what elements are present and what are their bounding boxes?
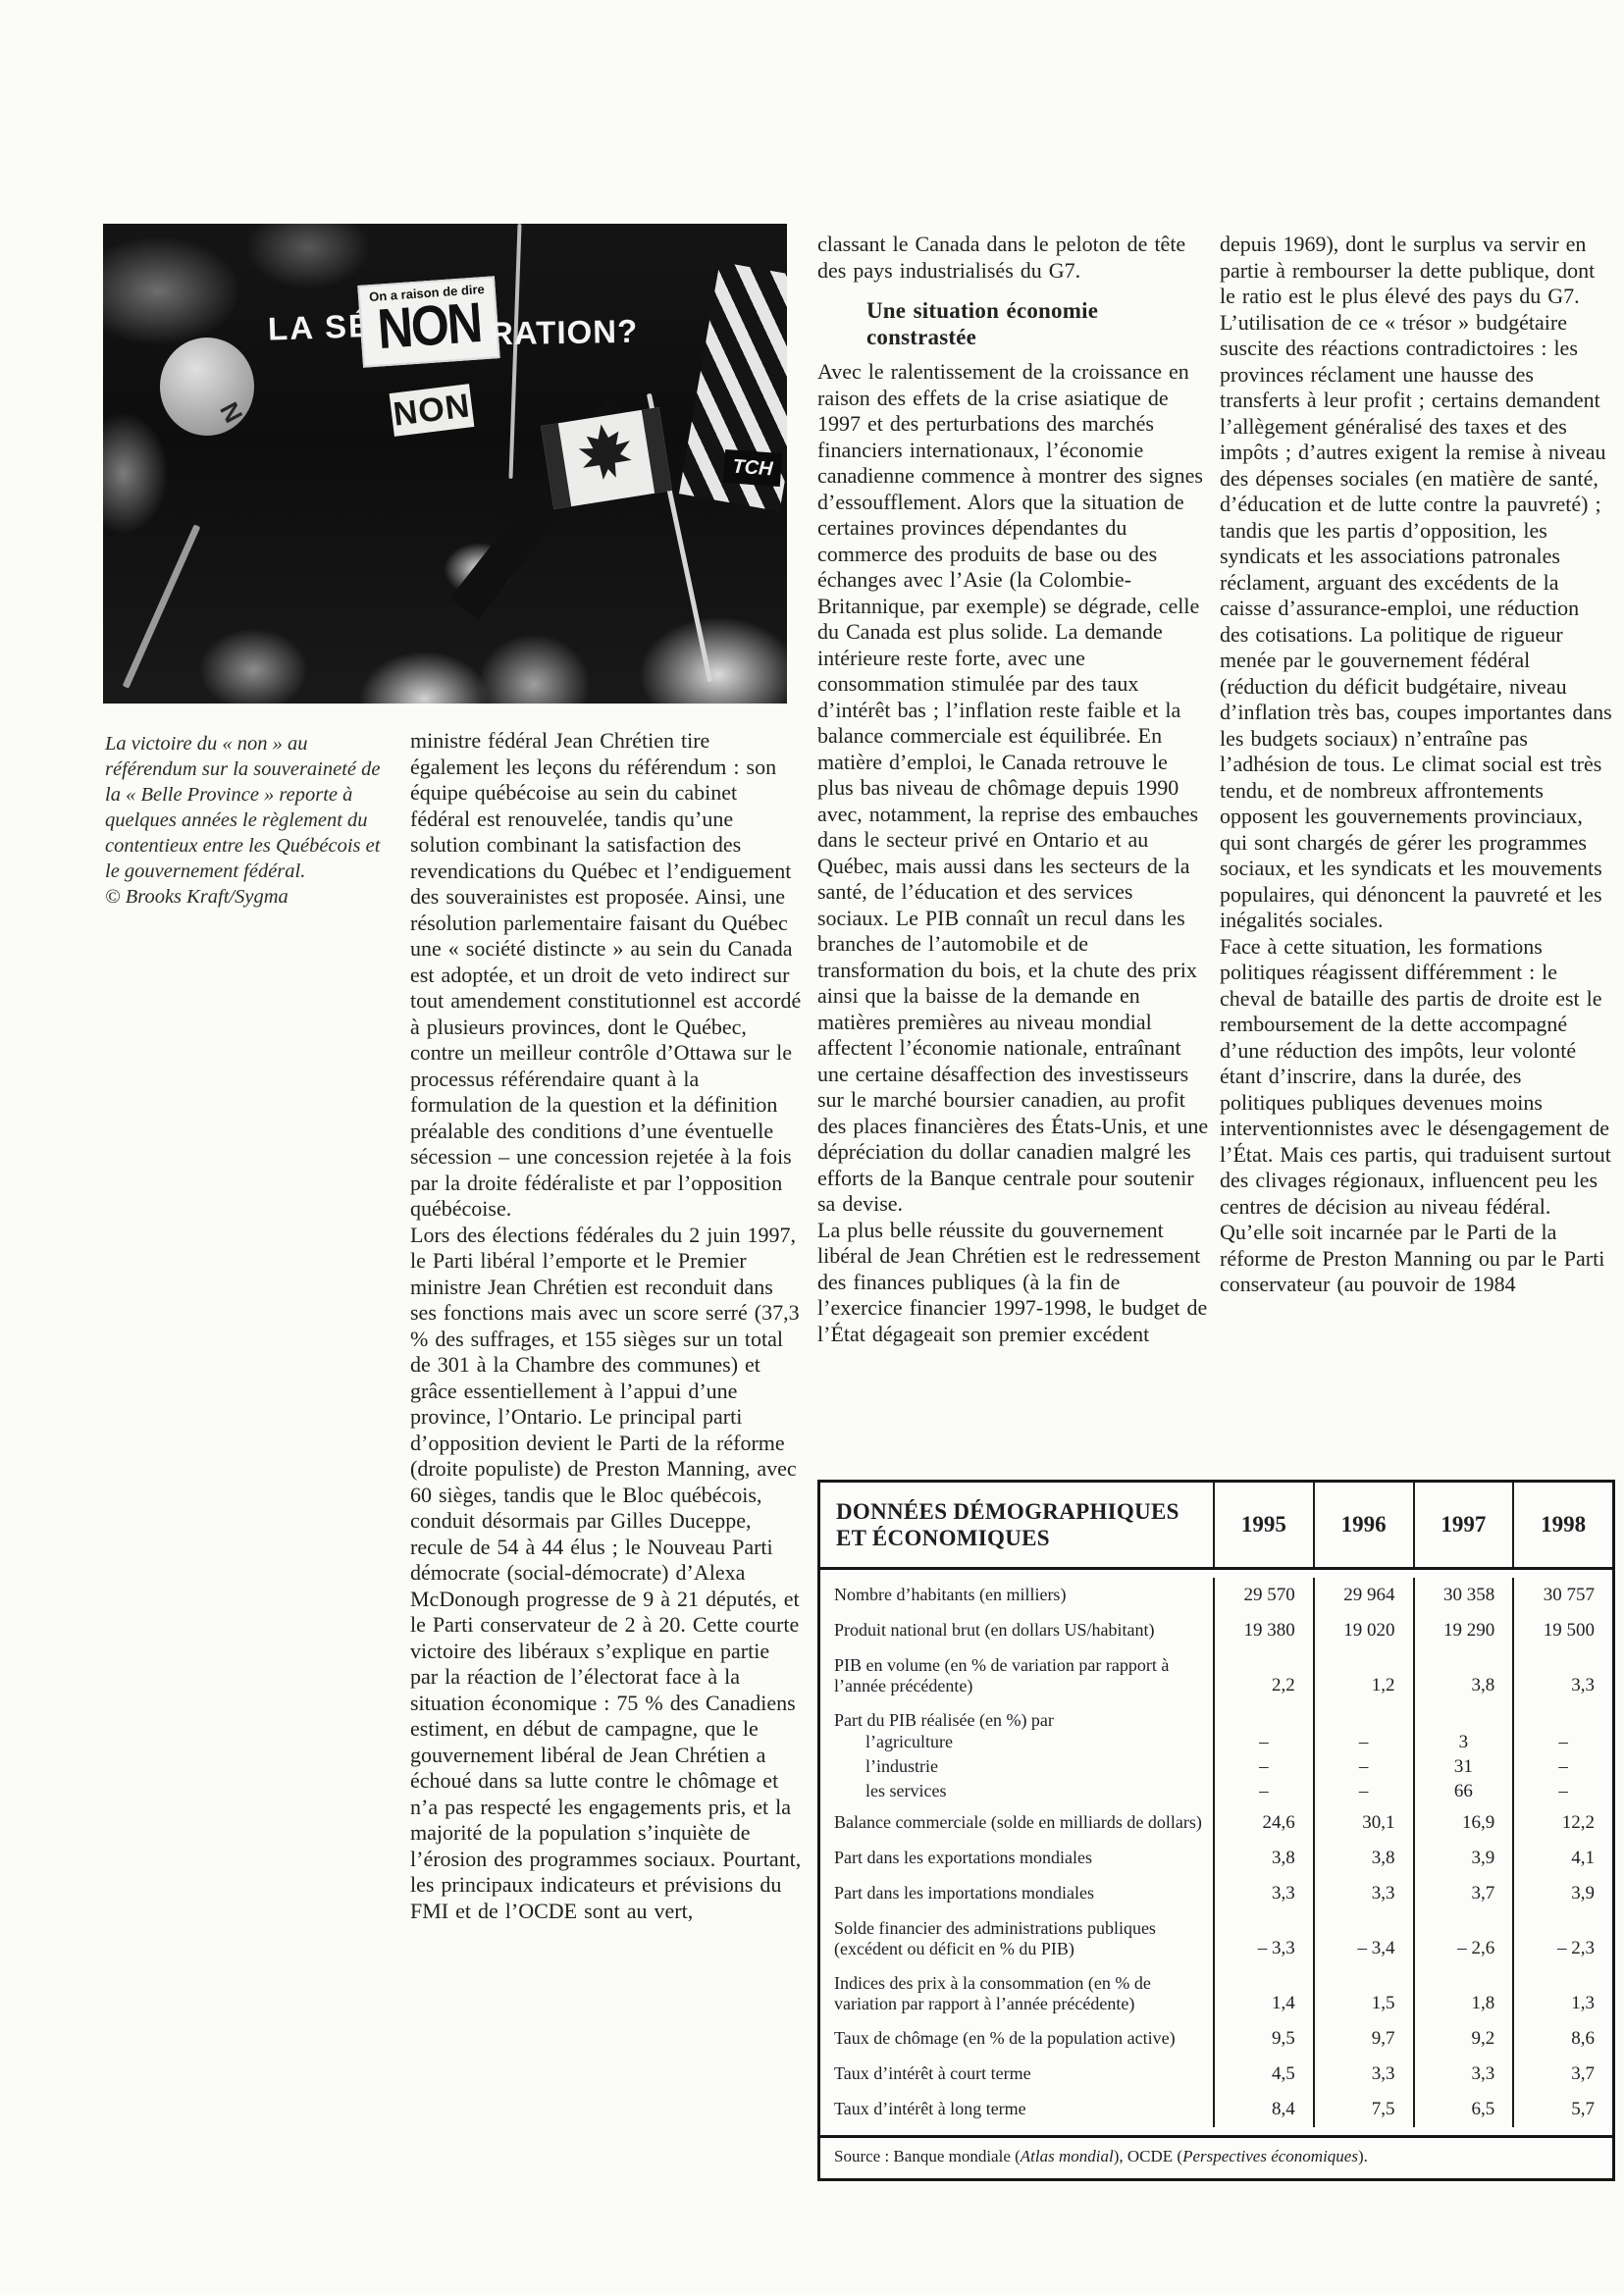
cell-value: – 2,6 bbox=[1413, 1911, 1513, 1966]
row-label: Part dans les importations mondiales bbox=[820, 1876, 1213, 1911]
paragraph: Lors des élections fédérales du 2 juin 1… bbox=[410, 1223, 803, 1925]
cell-value: 3,8 bbox=[1413, 1648, 1513, 1703]
banner-text-right: RATION? bbox=[490, 313, 639, 353]
cell-value: 3,3 bbox=[1313, 1876, 1413, 1911]
year-header: 1997 bbox=[1413, 1483, 1513, 1567]
maple-leaf bbox=[569, 419, 644, 494]
cell-value: 2,2 bbox=[1213, 1648, 1313, 1703]
cell-value: – 2,3 bbox=[1512, 1911, 1612, 1966]
cell-value: – 3,4 bbox=[1313, 1911, 1413, 1966]
cell-value: 66 bbox=[1413, 1781, 1513, 1805]
cell-value: 9,2 bbox=[1413, 2021, 1513, 2057]
cell-value: – bbox=[1512, 1756, 1612, 1781]
cell-value: 1,3 bbox=[1512, 1966, 1612, 2021]
paragraph: depuis 1969), dont le surplus va servir … bbox=[1220, 232, 1612, 934]
paragraph: Face à cette situation, les formations p… bbox=[1220, 934, 1612, 1298]
cell-value: 16,9 bbox=[1413, 1805, 1513, 1841]
table-subrow: l’agriculture – – 3 – bbox=[820, 1732, 1612, 1756]
balloon-letter: N bbox=[214, 397, 249, 428]
row-label: Solde financier des administrations publ… bbox=[820, 1911, 1213, 1966]
column-1: ministre fédéral Jean Chrétien tire égal… bbox=[410, 728, 803, 1924]
row-label: Part du PIB réalisée (en %) par bbox=[820, 1703, 1213, 1732]
table-row: Taux d’intérêt à long terme 8,4 7,5 6,5 … bbox=[820, 2092, 1612, 2135]
cell-value: 1,5 bbox=[1313, 1966, 1413, 2021]
cell-value: 30 358 bbox=[1413, 1578, 1513, 1613]
caption-credit: © Brooks Kraft/Sygma bbox=[105, 884, 395, 910]
cell-value: 8,6 bbox=[1512, 2021, 1612, 2057]
table-row: PIB en volume (en % de variation par rap… bbox=[820, 1648, 1612, 1703]
cell-value: – bbox=[1512, 1781, 1612, 1805]
cell-value: 30 757 bbox=[1512, 1578, 1612, 1613]
cell-value: 19 290 bbox=[1413, 1613, 1513, 1648]
cell-value: 3,9 bbox=[1512, 1876, 1612, 1911]
row-label: Balance commerciale (solde en milliards … bbox=[820, 1805, 1213, 1841]
cell-value: 19 500 bbox=[1512, 1613, 1612, 1648]
cell-value: – bbox=[1213, 1732, 1313, 1756]
row-label: PIB en volume (en % de variation par rap… bbox=[820, 1648, 1213, 1703]
table-subrow: l’industrie – – 31 – bbox=[820, 1756, 1612, 1781]
cell-value: 9,7 bbox=[1313, 2021, 1413, 2057]
cell-value: 9,5 bbox=[1213, 2021, 1313, 2057]
paragraph: Avec le ralentissement de la croissance … bbox=[817, 359, 1210, 1218]
balloon: N bbox=[160, 338, 254, 436]
cell-value: 3,7 bbox=[1413, 1876, 1513, 1911]
row-label: l’industrie bbox=[820, 1756, 1213, 1781]
non-sign: On a raison de dire NON bbox=[357, 276, 500, 368]
cell-value: – bbox=[1213, 1781, 1313, 1805]
cell-value: – bbox=[1313, 1756, 1413, 1781]
cell-value: 3,7 bbox=[1512, 2057, 1612, 2092]
row-label: Taux d’intérêt à long terme bbox=[820, 2092, 1213, 2127]
non-sign-word: NON bbox=[358, 291, 499, 359]
non-sign-small: NON bbox=[390, 384, 475, 437]
cell-value: – 3,3 bbox=[1213, 1911, 1313, 1966]
cell-value: 1,8 bbox=[1413, 1966, 1513, 2021]
cell-value: 3,3 bbox=[1213, 1876, 1313, 1911]
cell-value: 31 bbox=[1413, 1756, 1513, 1781]
cell-value: 6,5 bbox=[1413, 2092, 1513, 2127]
cell-value: 3,8 bbox=[1313, 1841, 1413, 1876]
paragraph: ministre fédéral Jean Chrétien tire égal… bbox=[410, 728, 803, 1223]
referendum-photo: N LA SÉPA On a raison de dire NON RATION… bbox=[103, 224, 787, 704]
cell-value: 30,1 bbox=[1313, 1805, 1413, 1841]
section-heading: Une situation économie constrastée bbox=[866, 298, 1210, 350]
table-subrow: les services – – 66 – bbox=[820, 1781, 1612, 1805]
cell-value: 1,2 bbox=[1313, 1648, 1413, 1703]
year-header: 1995 bbox=[1213, 1483, 1313, 1567]
cell-value: 3,3 bbox=[1313, 2057, 1413, 2092]
cell-value: 5,7 bbox=[1512, 2092, 1612, 2127]
cell-value: 4,5 bbox=[1213, 2057, 1313, 2092]
cell-value: 24,6 bbox=[1213, 1805, 1313, 1841]
photo-caption: La victoire du « non » au référendum sur… bbox=[105, 731, 395, 910]
row-label: Part dans les exportations mondiales bbox=[820, 1841, 1213, 1876]
cell-value: 3,3 bbox=[1413, 2057, 1513, 2092]
cell-value: – bbox=[1313, 1781, 1413, 1805]
column-2: classant le Canada dans le peloton de tê… bbox=[817, 232, 1210, 1347]
data-table: DONNÉES DÉMOGRAPHIQUES ET ÉCONOMIQUES 19… bbox=[817, 1480, 1615, 2181]
caption-text: La victoire du « non » au référendum sur… bbox=[105, 731, 395, 884]
tch-sign: TCH bbox=[723, 449, 782, 487]
table-source: Source : Banque mondiale (Atlas mondial)… bbox=[820, 2135, 1612, 2178]
cell-value: 3,3 bbox=[1512, 1648, 1612, 1703]
row-label: Taux d’intérêt à court terme bbox=[820, 2057, 1213, 2092]
cell-value: 4,1 bbox=[1512, 1841, 1612, 1876]
cell-value: – bbox=[1313, 1732, 1413, 1756]
cell-value: – bbox=[1512, 1732, 1612, 1756]
cell-value: 3,8 bbox=[1213, 1841, 1313, 1876]
canada-flag bbox=[541, 407, 672, 509]
row-label: Taux de chômage (en % de la population a… bbox=[820, 2021, 1213, 2057]
table-row: Produit national brut (en dollars US/hab… bbox=[820, 1613, 1612, 1648]
table-row: Nombre d’habitants (en milliers) 29 570 … bbox=[820, 1570, 1612, 1613]
paragraph: La plus belle réussite du gouvernement l… bbox=[817, 1218, 1210, 1348]
year-header: 1996 bbox=[1313, 1483, 1413, 1567]
cell-value: 19 020 bbox=[1313, 1613, 1413, 1648]
table-row: Taux d’intérêt à court terme 4,5 3,3 3,3… bbox=[820, 2057, 1612, 2092]
cell-value: 3,9 bbox=[1413, 1841, 1513, 1876]
row-label: Indices des prix à la consommation (en %… bbox=[820, 1966, 1213, 2021]
row-label: Produit national brut (en dollars US/hab… bbox=[820, 1613, 1213, 1648]
table-row: Solde financier des administrations publ… bbox=[820, 1911, 1612, 1966]
year-header: 1998 bbox=[1512, 1483, 1612, 1567]
row-label: les services bbox=[820, 1781, 1213, 1805]
table-row: Balance commerciale (solde en milliards … bbox=[820, 1805, 1612, 1841]
table-title: DONNÉES DÉMOGRAPHIQUES ET ÉCONOMIQUES bbox=[820, 1483, 1213, 1567]
table-row: Taux de chômage (en % de la population a… bbox=[820, 2021, 1612, 2057]
column-3: depuis 1969), dont le surplus va servir … bbox=[1220, 232, 1612, 1298]
cell-value: 8,4 bbox=[1213, 2092, 1313, 2127]
row-label: Nombre d’habitants (en milliers) bbox=[820, 1578, 1213, 1613]
table-header: DONNÉES DÉMOGRAPHIQUES ET ÉCONOMIQUES 19… bbox=[820, 1483, 1612, 1570]
scanned-page: N LA SÉPA On a raison de dire NON RATION… bbox=[0, 0, 1624, 2295]
table-row: Part dans les importations mondiales 3,3… bbox=[820, 1876, 1612, 1911]
table-row: Part dans les exportations mondiales 3,8… bbox=[820, 1841, 1612, 1876]
paragraph: classant le Canada dans le peloton de tê… bbox=[817, 232, 1210, 284]
sign-pole bbox=[123, 524, 201, 688]
cell-value: 3 bbox=[1413, 1732, 1513, 1756]
table-row-group: Part du PIB réalisée (en %) par bbox=[820, 1703, 1612, 1732]
row-label: l’agriculture bbox=[820, 1732, 1213, 1756]
cell-value: 7,5 bbox=[1313, 2092, 1413, 2127]
cell-value: 12,2 bbox=[1512, 1805, 1612, 1841]
table-row: Indices des prix à la consommation (en %… bbox=[820, 1966, 1612, 2021]
cell-value: – bbox=[1213, 1756, 1313, 1781]
cell-value: 19 380 bbox=[1213, 1613, 1313, 1648]
cell-value: 1,4 bbox=[1213, 1966, 1313, 2021]
cell-value: 29 570 bbox=[1213, 1578, 1313, 1613]
cell-value: 29 964 bbox=[1313, 1578, 1413, 1613]
